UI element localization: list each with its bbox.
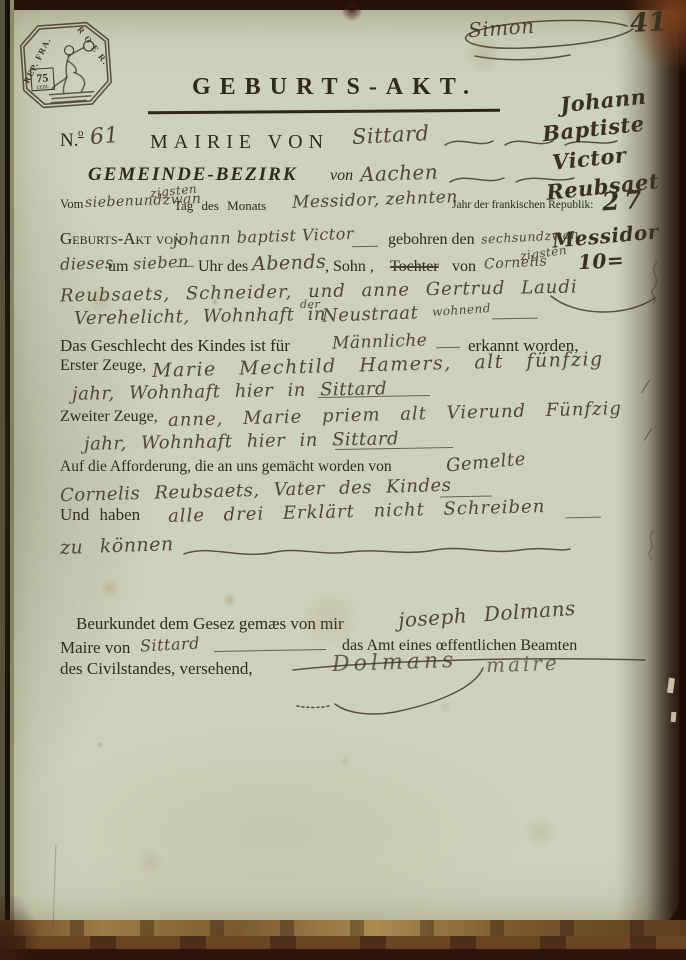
- birth-act-label: Geburts-Akt von: [60, 229, 182, 249]
- witness2-label: Zweiter Zeuge,: [60, 408, 158, 426]
- book-spine-edge: [0, 0, 14, 948]
- sohn-label: , Sohn ,: [325, 258, 374, 276]
- bezirk-value: Aachen: [360, 160, 439, 187]
- book-top-edge: [0, 0, 686, 10]
- civil-label: des Civilstandes, versehend,: [60, 659, 253, 679]
- mairie-label: MAIRIE VON: [150, 131, 329, 154]
- stamp-seated-figure: [46, 41, 97, 103]
- declaration-label: Und haben: [60, 505, 140, 525]
- binding-corner-bottom-left: [0, 895, 40, 960]
- date-vom-label: Vom: [60, 197, 83, 212]
- edge-curl-mark: [645, 258, 665, 306]
- document-title: GEBURTS-AKT.: [155, 74, 515, 101]
- declaration-line2-value: zu können: [60, 533, 174, 559]
- stamp-unit: cent.: [36, 83, 49, 91]
- witness1-label: Erster Zeuge,: [60, 357, 146, 375]
- binding-highlight-chip: [671, 712, 677, 722]
- declaration-flourish: [180, 540, 575, 566]
- hour-value: sieben: [133, 252, 190, 274]
- uhr-des-label: Uhr des: [198, 258, 248, 276]
- dieses-value: dieses: [60, 253, 114, 274]
- record-number-value: 61: [89, 123, 120, 150]
- date-year-value: 27: [601, 184, 648, 216]
- revenue-stamp-icon: REP. FRA. R O E R. 75 cent.: [14, 20, 116, 110]
- annotation-flourish: [445, 14, 640, 62]
- certify-label: Beurkundet dem Gesez gemæs von mir: [76, 614, 344, 634]
- date-jahr-label: Jahr der frankischen Republik:: [452, 199, 593, 211]
- von-label: von: [452, 258, 476, 276]
- bezirk-flourish: [448, 170, 578, 190]
- edge-curl-mark: [643, 528, 659, 562]
- residence-sup-der: der: [300, 298, 320, 311]
- sex-label: Das Geschlecht des Kindes ist für: [60, 336, 290, 356]
- request-label: Auf die Afforderung, die an uns gemächt …: [60, 458, 392, 476]
- record-number-label: N.: [60, 130, 78, 152]
- signature-flourish: [283, 646, 653, 720]
- mairie-flourish: [443, 132, 623, 154]
- bezirk-von: von: [330, 167, 353, 185]
- born-on-label: gebohren den: [388, 231, 475, 249]
- page-block-edge-1: [0, 920, 686, 936]
- scanned-birth-record: REP. FRA. R O E R. 75 cent. Simon: [0, 0, 686, 960]
- margin-day-mark: 10=: [577, 248, 624, 274]
- record-number-ordinal: o: [78, 127, 84, 139]
- residence-value-a: Verehelicht, Wohnhaft in: [74, 304, 326, 329]
- maire-von-value: Sittard: [140, 633, 201, 655]
- father-first-name-value: Cornelis: [484, 253, 548, 272]
- sex-value: Männliche: [332, 330, 428, 353]
- book-bottom-cover: [0, 949, 686, 960]
- page-block-edge-2: [0, 936, 686, 949]
- margin-arc-flourish: [545, 288, 660, 322]
- maire-von-label: Maire von: [60, 638, 130, 658]
- page-number: 41: [629, 7, 668, 39]
- tochter-label-struck: Tochter: [390, 258, 439, 276]
- abends-value: Abends: [252, 251, 327, 276]
- date-tag-label: Tag des Monats: [174, 198, 266, 214]
- book-right-binding: [618, 0, 686, 948]
- mairie-value: Sittard: [351, 121, 430, 149]
- um-label: um: [108, 258, 128, 276]
- residence-street-value: Neustraat: [322, 302, 419, 326]
